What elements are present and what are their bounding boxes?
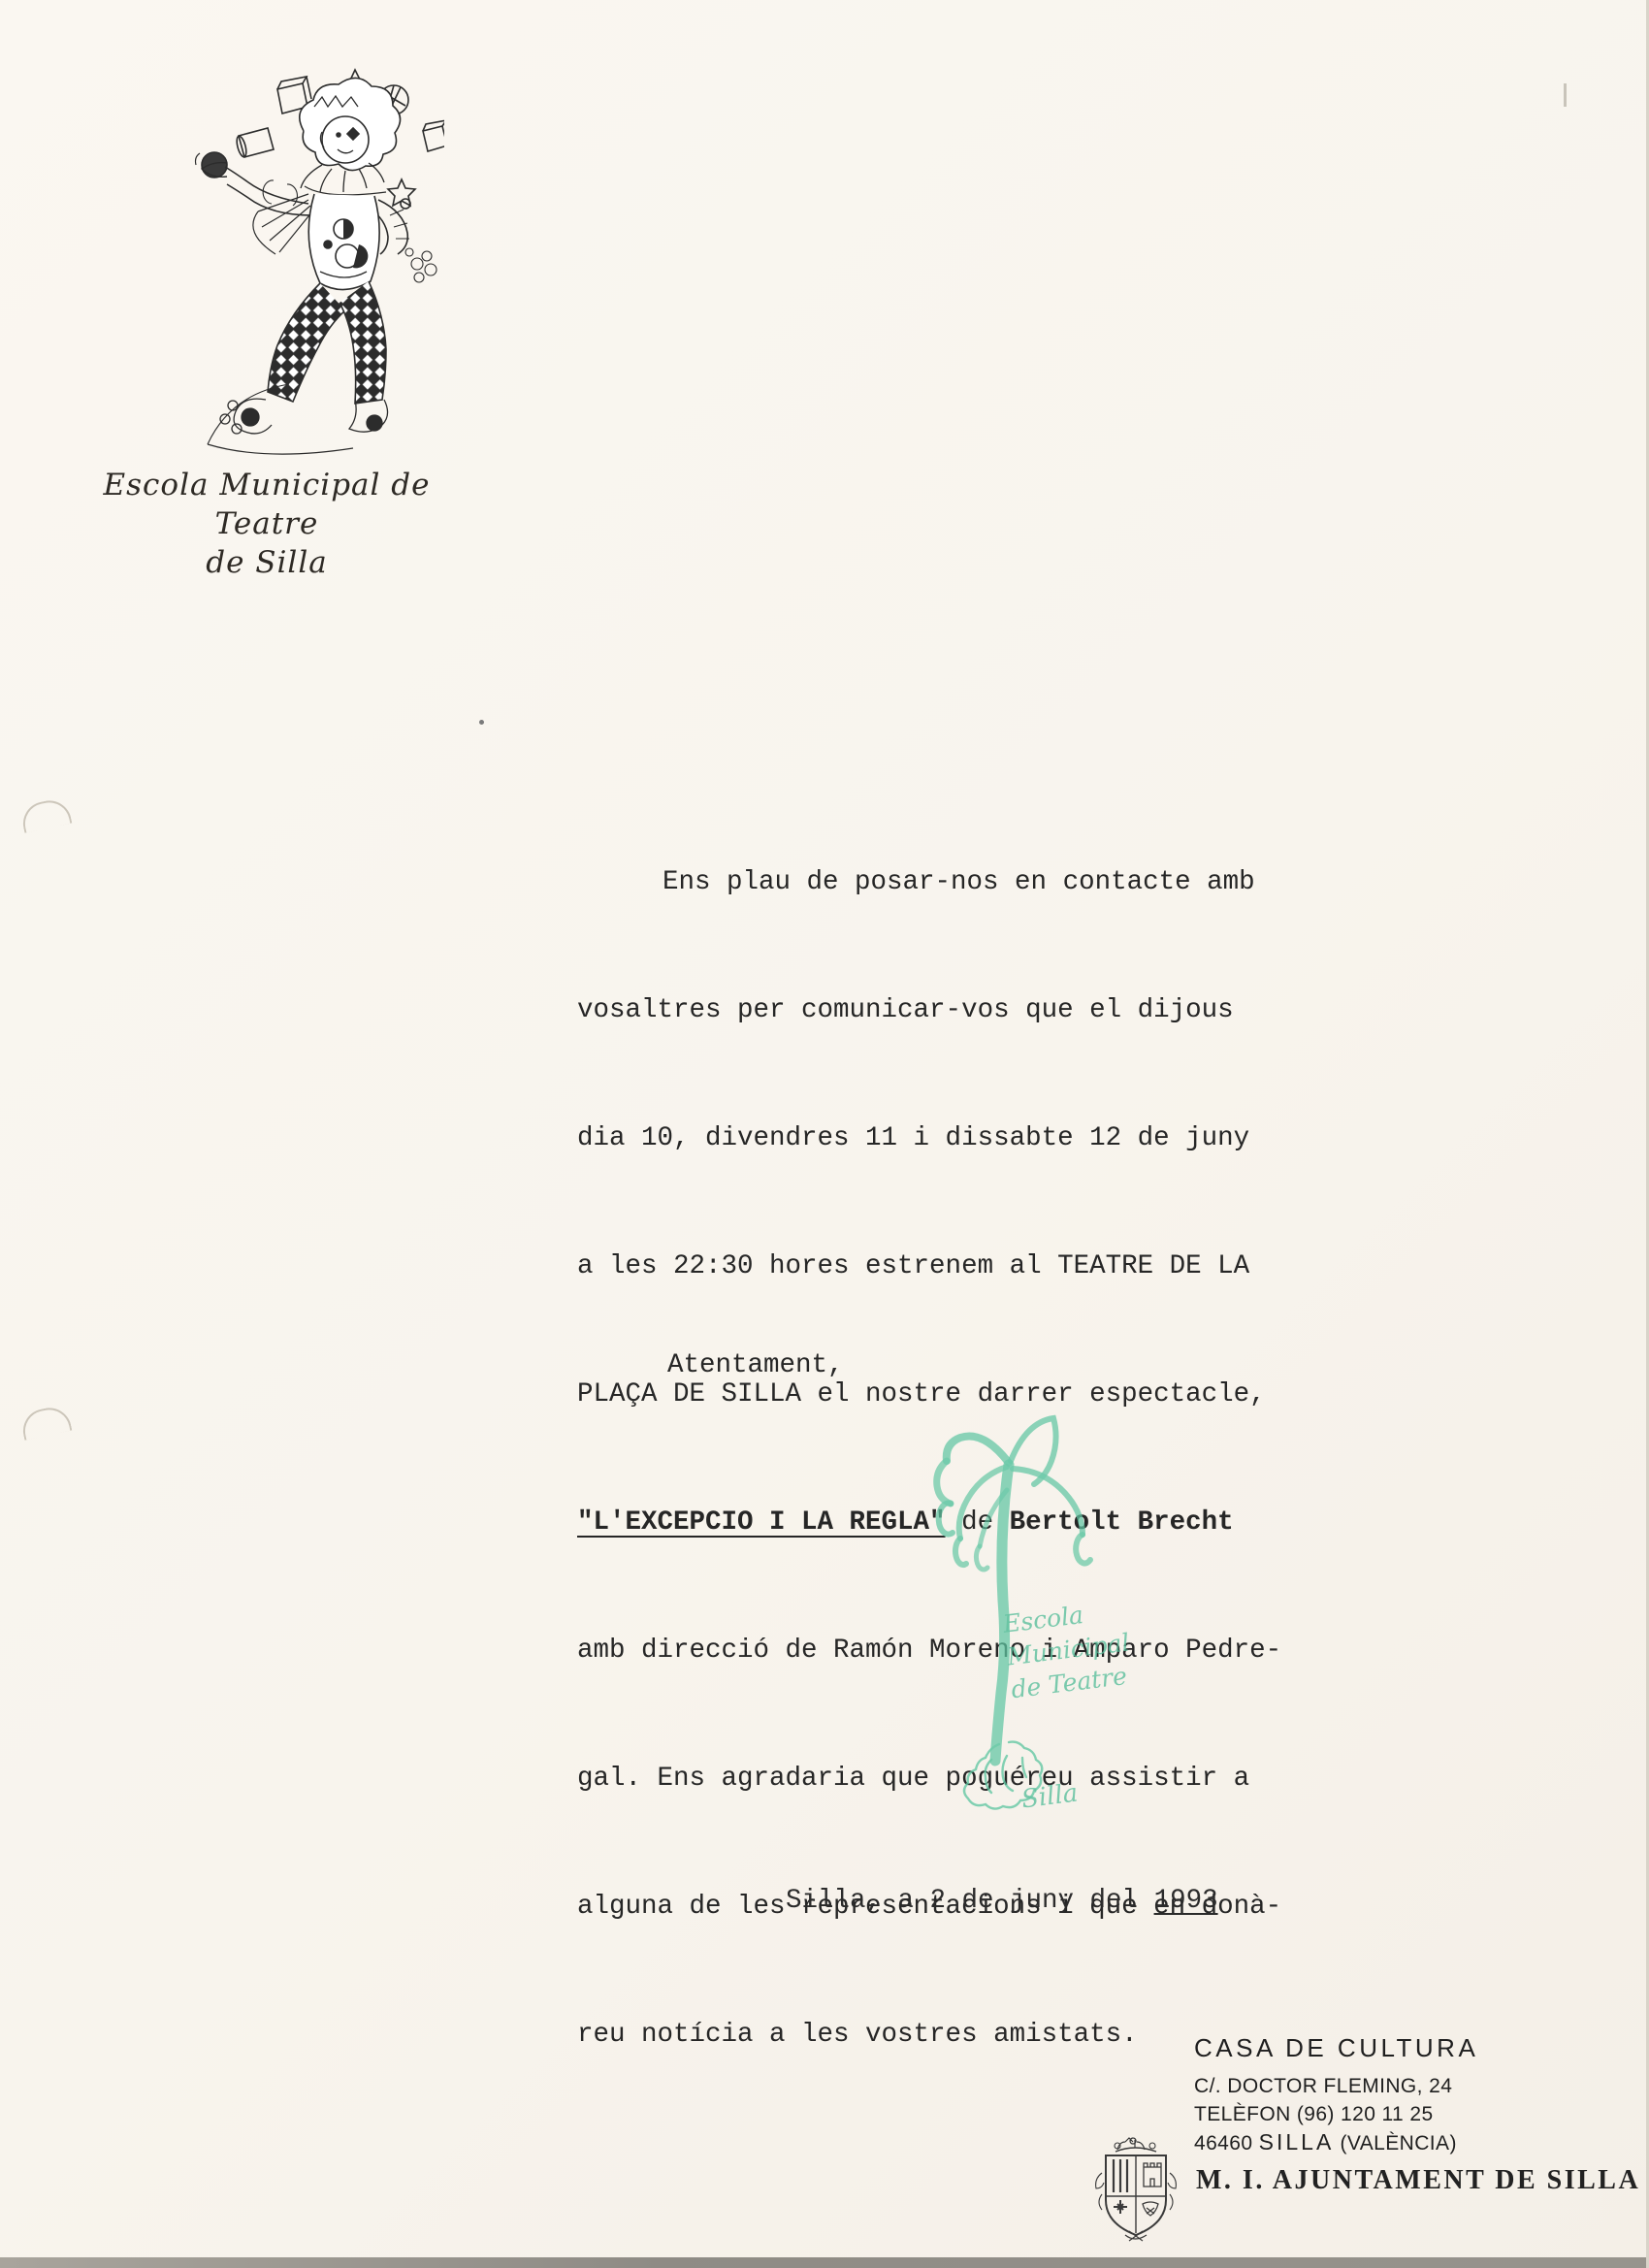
ink-dot-artifact [479, 720, 484, 725]
punch-hole-mark [19, 1404, 73, 1441]
stamp-text: Escola Municipal de Teatre [1001, 1594, 1135, 1707]
postal-code: 46460 [1194, 2132, 1259, 2155]
closing-salutation: Atentament, [667, 1350, 844, 1380]
juggled-cylinder-icon [235, 128, 274, 158]
scan-edge-bottom [0, 2257, 1649, 2268]
municipality-name: M. I. AJUNTAMENT DE SILLA [1196, 2165, 1640, 2196]
coat-of-arms-icon [1088, 2134, 1183, 2243]
footer-address-block: CASA DE CULTURA C/. DOCTOR FLEMING, 24 T… [1194, 2033, 1478, 2157]
body-line: Ens plau de posar-nos en contacte amb [577, 861, 1314, 904]
body-line: a les 22:30 hores estrenem al TEATRE DE … [577, 1246, 1314, 1288]
date-year: 1993 [1154, 1886, 1218, 1916]
footer-org-name: CASA DE CULTURA [1194, 2033, 1478, 2063]
juggled-block-icon [423, 120, 444, 151]
footer-city-line: 46460 SILLA (VALÈNCIA) [1194, 2128, 1478, 2157]
date-prefix: Silla, a 2 de juny del [786, 1886, 1154, 1916]
juggler-head [300, 78, 401, 170]
footer-phone: TELÈFON (96) 120 11 25 [1194, 2100, 1478, 2128]
body-line: vosaltres per comunicar-vos que el dijou… [577, 989, 1314, 1032]
letterhead-school-name: Escola Municipal de Teatre de Silla [58, 466, 475, 582]
school-name-line2: de Silla [58, 543, 475, 582]
ball-in-hand-icon [202, 152, 227, 178]
torso [308, 194, 379, 290]
footer-street: C/. DOCTOR FLEMING, 24 [1194, 2072, 1478, 2100]
school-ink-stamp: Escola Municipal de Teatre Silla [861, 1397, 1181, 1814]
school-name-line1: Escola Municipal de Teatre [58, 466, 475, 543]
body-line: dia 10, divendres 11 i dissabte 12 de ju… [577, 1118, 1314, 1160]
stamp-text-silla: Silla [1019, 1777, 1080, 1817]
region: (VALÈNCIA) [1334, 2132, 1457, 2155]
juggler-logo-illustration [114, 39, 444, 456]
flower-cluster-right [405, 248, 436, 282]
scan-artifact-tick [1564, 83, 1567, 107]
date-line: Silla, a 2 de juny del 1993 [786, 1886, 1218, 1916]
city-name: SILLA [1259, 2129, 1335, 2155]
scanned-letter-page: Escola Municipal de Teatre de Silla Ens … [0, 0, 1649, 2268]
punch-hole-mark [19, 796, 73, 833]
